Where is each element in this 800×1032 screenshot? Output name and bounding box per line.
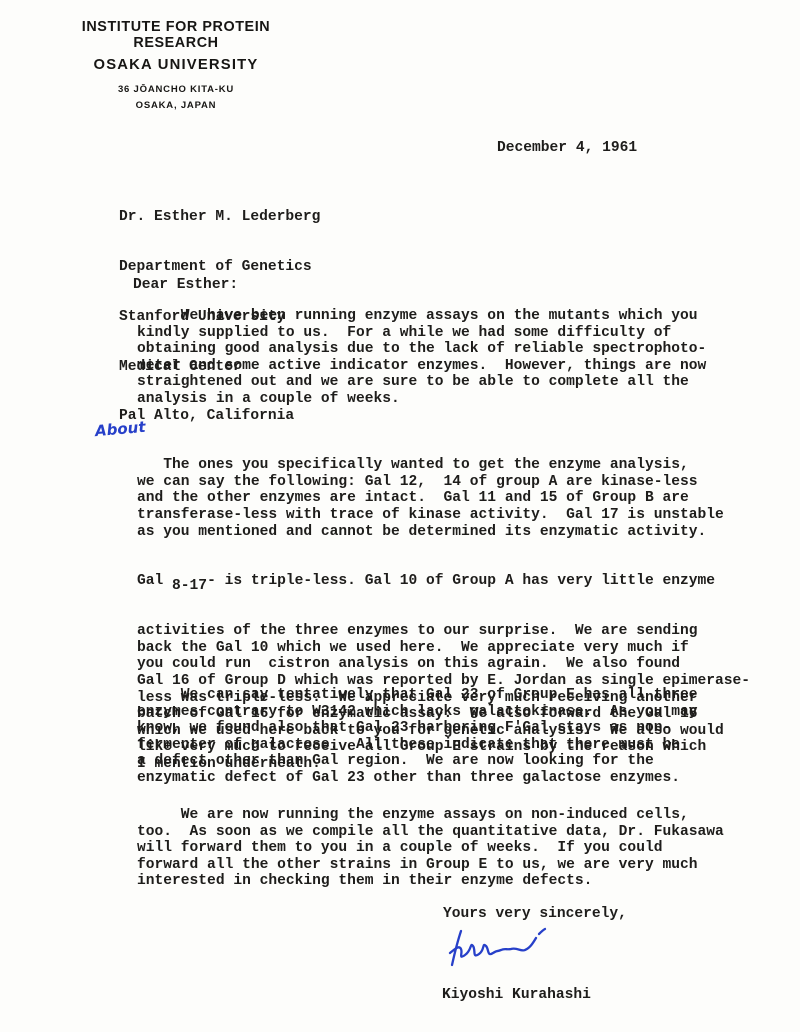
- letterhead: INSTITUTE FOR PROTEIN RESEARCH OSAKA UNI…: [62, 19, 290, 111]
- gal-strain-subscript: 8-17: [172, 578, 207, 594]
- signature-scribble: [444, 925, 554, 978]
- recipient-city: Pal Alto, California: [119, 408, 320, 425]
- letterhead-institute: INSTITUTE FOR PROTEIN RESEARCH: [65, 19, 286, 51]
- letterhead-city: OSAKA, JAPAN: [62, 100, 290, 111]
- paragraph-3: We can say tentatively that Gal 23 of Gr…: [137, 687, 698, 787]
- recipient-name: Dr. Esther M. Lederberg: [119, 209, 320, 226]
- salutation: Dear Esther:: [133, 277, 238, 294]
- paragraph-2-lines-before: The ones you specifically wanted to get …: [137, 457, 800, 540]
- gal-prefix: Gal: [137, 573, 172, 589]
- scanned-letter-page: INSTITUTE FOR PROTEIN RESEARCH OSAKA UNI…: [0, 0, 800, 1032]
- closing: Yours very sincerely,: [443, 906, 627, 923]
- paragraph-4: We are now running the enzyme assays on …: [137, 807, 724, 890]
- line6-rest: - is triple-less. Gal 10 of Group A has …: [207, 573, 715, 589]
- letterhead-university: OSAKA UNIVERSITY: [62, 57, 290, 73]
- recipient-department: Department of Genetics: [119, 259, 320, 276]
- sender-typed-name: Kiyoshi Kurahashi: [442, 987, 591, 1004]
- paragraph-2-line6: Gal 8-17- is triple-less. Gal 10 of Grou…: [137, 573, 800, 590]
- paragraph-1: We have been running enzyme assays on th…: [137, 308, 706, 408]
- date-line: December 4, 1961: [497, 140, 637, 157]
- signature-ink-icon: [444, 925, 554, 973]
- letterhead-street: 36 JŌANCHO KITA-KU: [62, 84, 290, 95]
